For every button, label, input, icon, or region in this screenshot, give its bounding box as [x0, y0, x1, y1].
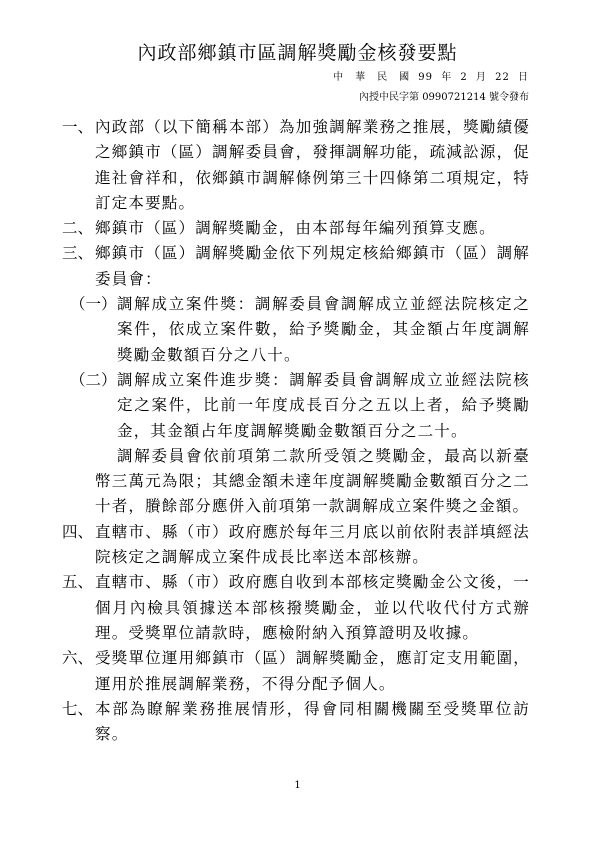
- article-text: 直轄市、縣（市）政府應自收到本部核定獎勵金公文後，一個月內檢具領據送本部核撥獎勵…: [95, 570, 530, 646]
- sub-article-1: （一） 調解成立案件獎：調解委員會調解成立並經法院核定之案件，依成立案件數，給予…: [62, 292, 530, 368]
- article-5: 五、 直轄市、縣（市）政府應自收到本部核定獎勵金公文後，一個月內檢具領據送本部核…: [62, 570, 530, 646]
- article-text: 內政部（以下簡稱本部）為加強調解業務之推展，獎勵績優之鄉鎮市（區）調解委員會，發…: [95, 115, 530, 216]
- article-6: 六、 受獎單位運用鄉鎮市（區）調解獎勵金，應訂定支用範圍，運用於推展調解業務，不…: [62, 646, 530, 697]
- article-text: 本部為瞭解業務推展情形，得會同相關機關至受獎單位訪察。: [95, 697, 530, 748]
- article-3-paragraph: 調解委員會依前項第二款所受領之獎勵金，最高以新臺幣三萬元為限；其總金額未達年度調…: [62, 444, 530, 520]
- article-number: 六、: [62, 646, 95, 697]
- sub-article-number: （二）: [70, 368, 117, 444]
- article-text: 受獎單位運用鄉鎮市（區）調解獎勵金，應訂定支用範圍，運用於推展調解業務，不得分配…: [95, 646, 530, 697]
- article-text: 鄉鎮市（區）調解獎勵金，由本部每年編列預算支應。: [95, 216, 530, 241]
- sub-article-2: （二） 調解成立案件進步獎：調解委員會調解成立並經法院核定之案件，比前一年度成長…: [62, 368, 530, 444]
- article-3: 三、 鄉鎮市（區）調解獎勵金依下列規定核給鄉鎮市（區）調解委員會：: [62, 241, 530, 292]
- document-page: 內政部鄉鎮市區調解獎勵金核發要點 中 華 民 國 99 年 2 月 22 日 內…: [0, 0, 595, 842]
- article-4: 四、 直轄市、縣（市）政府應於每年三月底以前依附表詳填經法院核定之調解成立案件成…: [62, 520, 530, 571]
- article-text: 鄉鎮市（區）調解獎勵金依下列規定核給鄉鎮市（區）調解委員會：: [95, 241, 530, 292]
- document-body: 一、 內政部（以下簡稱本部）為加強調解業務之推展，獎勵績優之鄉鎮市（區）調解委員…: [62, 115, 530, 747]
- issue-reference: 內授中民字第 0990721214 號令發布: [359, 92, 529, 104]
- article-number: 三、: [62, 241, 95, 292]
- sub-article-text: 調解成立案件進步獎：調解委員會調解成立並經法院核定之案件，比前一年度成長百分之五…: [117, 368, 530, 444]
- sub-article-text: 調解成立案件獎：調解委員會調解成立並經法院核定之案件，依成立案件數，給予獎勵金，…: [117, 292, 530, 368]
- article-number: 七、: [62, 697, 95, 748]
- article-number: 二、: [62, 216, 95, 241]
- sub-article-number: （一）: [70, 292, 117, 368]
- article-2: 二、 鄉鎮市（區）調解獎勵金，由本部每年編列預算支應。: [62, 216, 530, 241]
- article-7: 七、 本部為瞭解業務推展情形，得會同相關機關至受獎單位訪察。: [62, 697, 530, 748]
- article-1: 一、 內政部（以下簡稱本部）為加強調解業務之推展，獎勵績優之鄉鎮市（區）調解委員…: [62, 115, 530, 216]
- article-number: 一、: [62, 115, 95, 216]
- page-number: 1: [0, 780, 595, 791]
- article-text: 直轄市、縣（市）政府應於每年三月底以前依附表詳填經法院核定之調解成立案件成長比率…: [95, 520, 530, 571]
- issue-date: 中 華 民 國 99 年 2 月 22 日: [333, 72, 529, 84]
- article-number: 四、: [62, 520, 95, 571]
- document-title: 內政部鄉鎮市區調解獎勵金核發要點: [0, 42, 595, 64]
- article-number: 五、: [62, 570, 95, 646]
